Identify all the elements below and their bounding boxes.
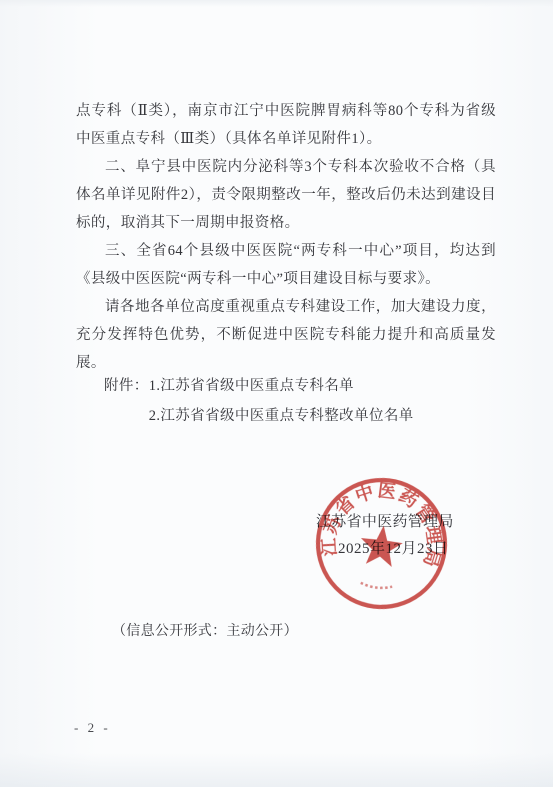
seal-star-icon — [358, 523, 405, 568]
attachments-label: 附件： — [104, 371, 149, 401]
document-body: 点专科（Ⅱ类），南京市江宁中医院脾胃病科等80个专科为省级中医重点专科（Ⅲ类）（… — [76, 97, 496, 377]
disclosure-note: （信息公开形式：主动公开） — [112, 620, 298, 640]
paragraph-closing: 请各地各单位高度重视重点专科建设工作，加大建设力度，充分发挥特色优势，不断促进中… — [76, 293, 496, 377]
paragraph-item-3: 三、全省64个县级中医医院“两专科一中心”项目，均达到《县级中医医院“两专科一中… — [76, 237, 496, 293]
seal-serial-marks — [360, 583, 392, 590]
paragraph-item-2: 二、阜宁县中医院内分泌科等3个专科本次验收不合格（具体名单详见附件2），责令限期… — [76, 153, 496, 237]
paragraph-continued: 点专科（Ⅱ类），南京市江宁中医院脾胃病科等80个专科为省级中医重点专科（Ⅲ类）（… — [76, 97, 496, 153]
official-seal: 江苏省中医药管理局 — [303, 465, 460, 622]
attachments-list: 1.江苏省省级中医重点专科名单 2.江苏省省级中医重点专科整改单位名单 — [149, 371, 414, 431]
attachment-item-2: 2.江苏省省级中医重点专科整改单位名单 — [149, 401, 414, 431]
attachments-block: 附件： 1.江苏省省级中医重点专科名单 2.江苏省省级中医重点专科整改单位名单 — [104, 371, 414, 431]
page-number: - 2 - — [74, 720, 111, 736]
document-page: 点专科（Ⅱ类），南京市江宁中医院脾胃病科等80个专科为省级中医重点专科（Ⅲ类）（… — [0, 0, 553, 787]
attachment-item-1: 1.江苏省省级中医重点专科名单 — [149, 371, 414, 401]
